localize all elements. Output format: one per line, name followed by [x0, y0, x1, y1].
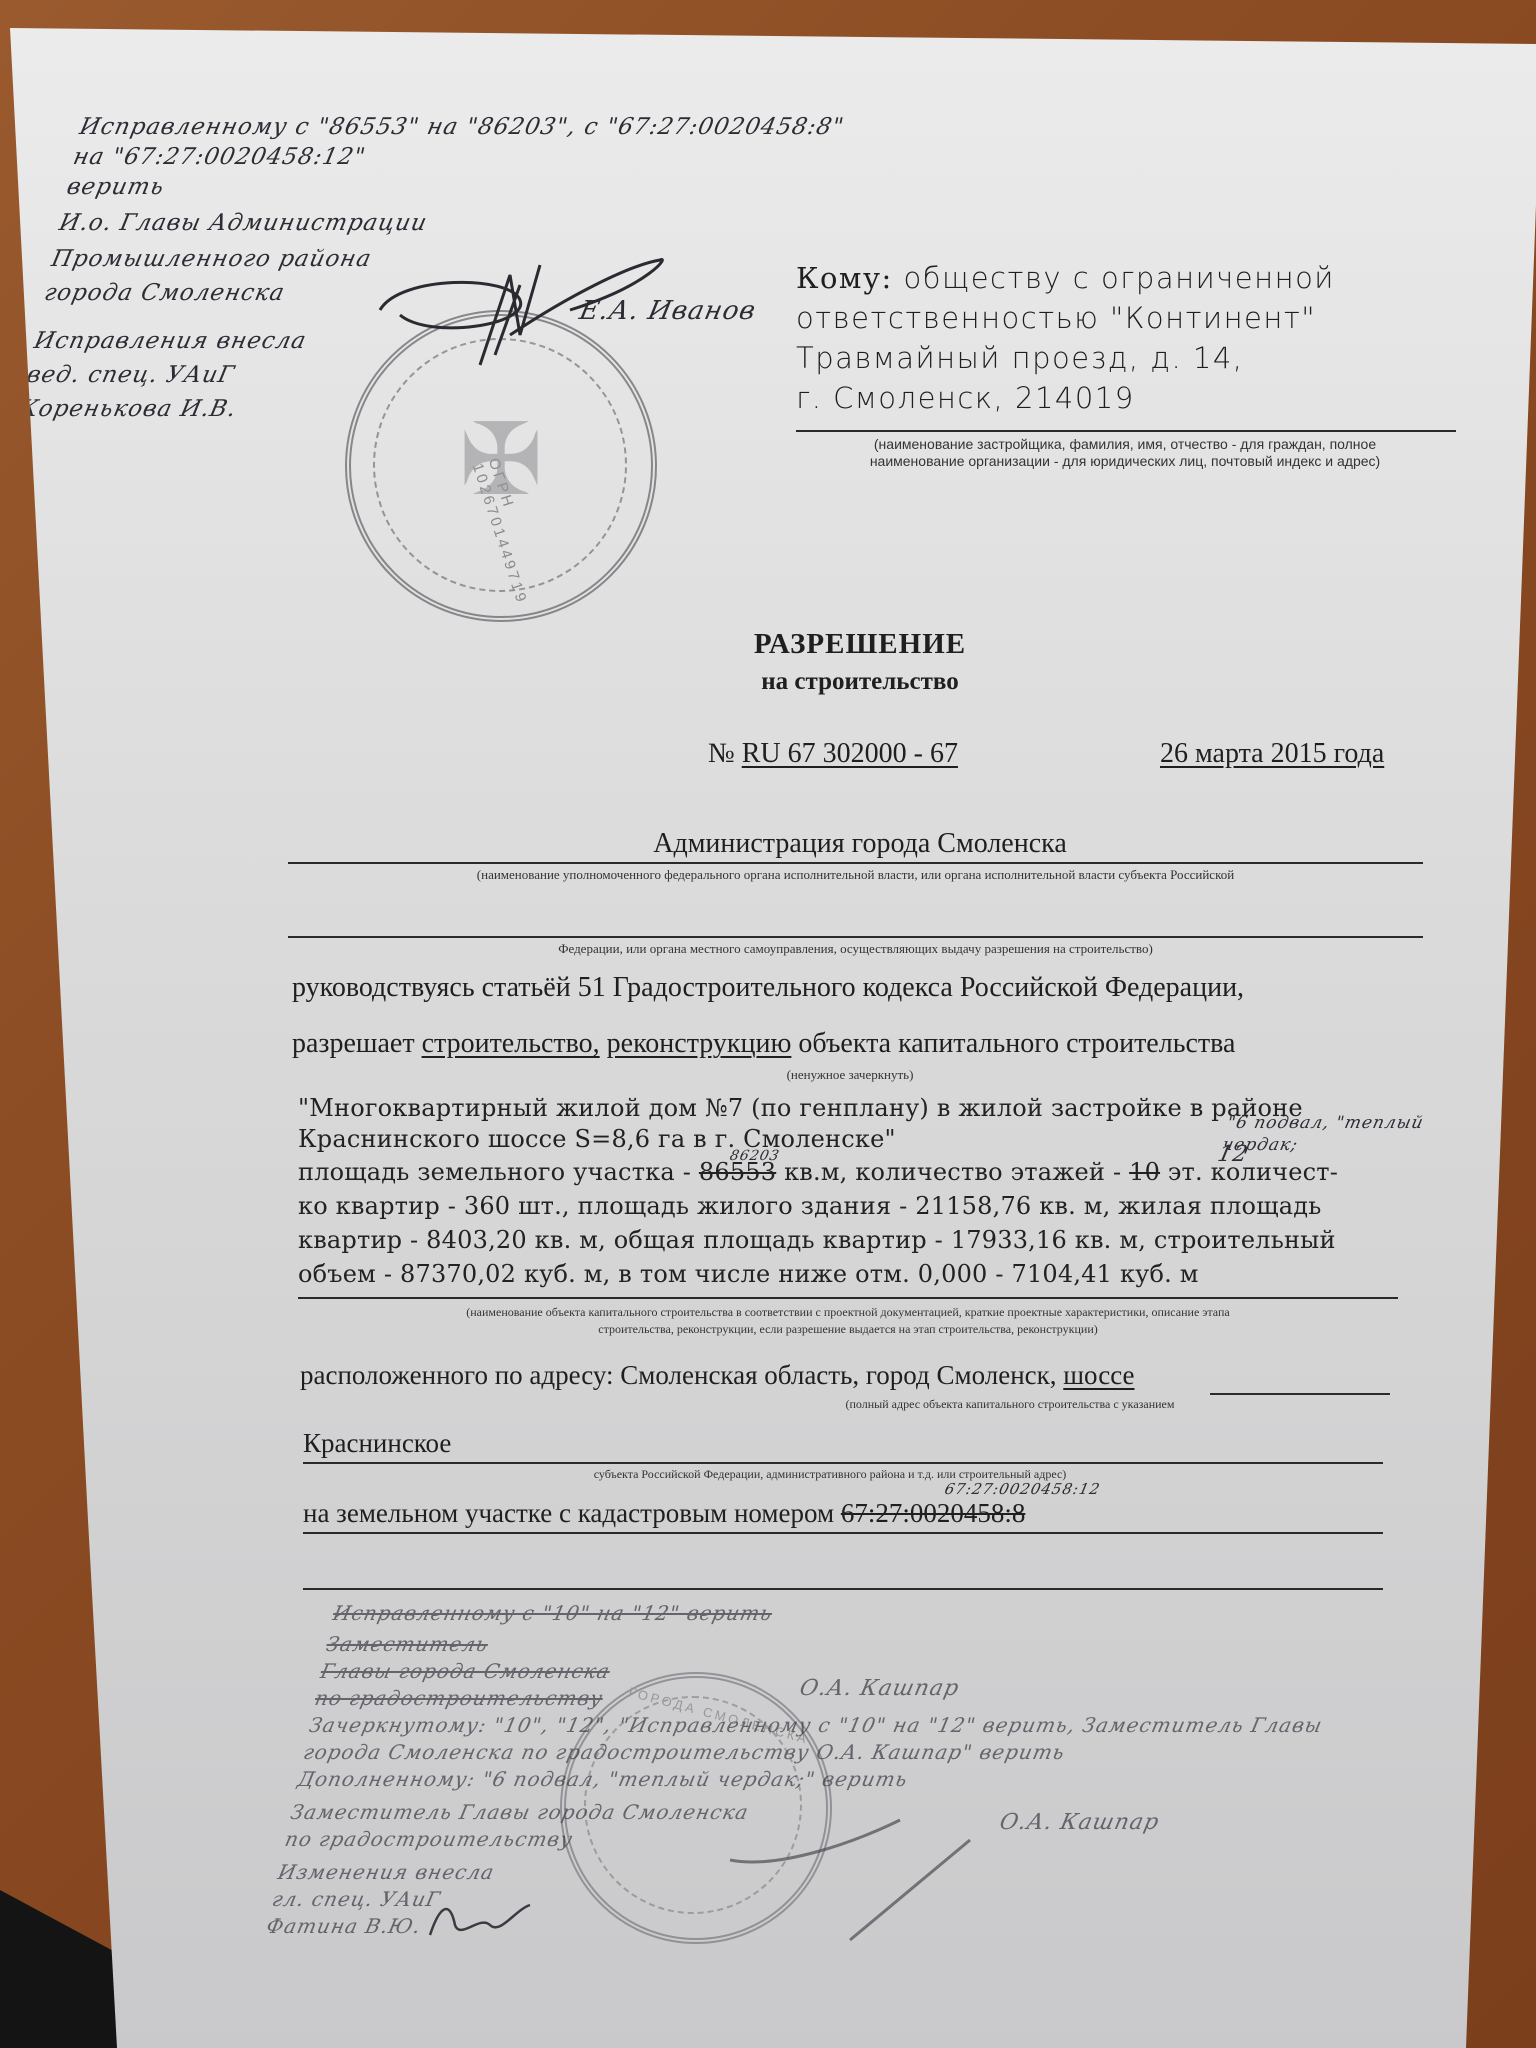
spec-rule [298, 1297, 1398, 1299]
signature-name-bottom-2: О.А. Кашпар [997, 1810, 1161, 1835]
cadastral-correction: 67:27:0020458:12 [943, 1480, 1102, 1498]
spec-caption: (наименование объекта капитального строи… [298, 1304, 1398, 1338]
caption-line: (наименование объекта капитального строи… [298, 1304, 1398, 1321]
handwritten-line: Дополненному: "6 подвал, "теплый чердак;… [295, 1766, 1401, 1793]
cadastral-struck: 67:27:0020458:8 [841, 1498, 1026, 1528]
spec-line-1: ко квартир - 360 шт., площадь жилого зда… [298, 1192, 1321, 1220]
permit-date: 26 марта 2015 года [1160, 738, 1384, 770]
address-rule-1 [1210, 1393, 1390, 1395]
signature-scribble-bottom [720, 1800, 1000, 1950]
blank-rule [303, 1588, 1383, 1590]
handwritten-line: Заместитель [324, 1631, 1430, 1658]
addressee-line: Травмайный проезд, д. 14, [796, 338, 1446, 378]
document-title: РАЗРЕШЕНИЕ [700, 628, 1020, 661]
area-mid: кв.м, количество этажей - [784, 1158, 1121, 1186]
caption-line: строительства, реконструкции, если разре… [298, 1321, 1398, 1338]
caption-line: наименование организации - для юридическ… [790, 453, 1460, 470]
floors-note: "6 подвал, "теплый чердак; [1220, 1112, 1479, 1156]
caption-line: (наименование застройщика, фамилия, имя,… [790, 436, 1460, 453]
addressee-line: Кому: обществу с ограниченной [796, 258, 1446, 298]
area-prefix: площадь земельного участка - [298, 1158, 691, 1186]
reconstruction-option-struck: реконструкцию [607, 1028, 792, 1059]
handwritten-line: на "67:27:0020458:12" [70, 142, 896, 172]
permit-number-value: RU 67 302000 - 67 [742, 738, 958, 769]
floors-struck: 10 [1129, 1158, 1160, 1186]
object-name-line-2: Краснинского шоссе S=8,6 га в г. Смоленс… [298, 1125, 896, 1153]
authority-rule-1 [288, 862, 1423, 864]
area-struck: 86553 [699, 1158, 776, 1186]
authority-name: Администрация города Смоленска [290, 828, 1430, 860]
addressee-line: г. Смоленск, 214019 [796, 378, 1446, 418]
number-sign: № [708, 738, 735, 769]
permits-prefix: разрешает [292, 1028, 415, 1059]
address-caption-2: субъекта Российской Федерации, администр… [430, 1466, 1230, 1483]
authority-caption-1: (наименование уполномоченного федерально… [288, 866, 1423, 883]
address-highway: шоссе [1063, 1360, 1134, 1390]
object-name-line-1: "Многоквартирный жилой дом №7 (по генпла… [298, 1094, 1303, 1122]
document-subtitle: на строительство [700, 668, 1020, 696]
addressee-org: обществу с ограниченной [904, 261, 1335, 295]
addressee-rule [796, 430, 1456, 432]
address-caption: (полный адрес объекта капитального строи… [750, 1396, 1270, 1413]
spec-line-2: квартир - 8403,20 кв. м, общая площадь к… [298, 1226, 1336, 1254]
address-prefix: расположенного по адресу: Смоленская обл… [300, 1360, 1057, 1390]
construction-option: строительство, [422, 1028, 600, 1059]
handwritten-line: верить [64, 172, 890, 202]
area-suffix: эт. количест- [1168, 1158, 1338, 1186]
body-legal-basis: руководствуясь статьёй 51 Градостроитель… [292, 972, 1244, 1004]
authority-caption-2: Федерации, или органа местного самоуправ… [288, 940, 1423, 957]
cadastral-line: на земельном участке с кадастровым номер… [303, 1498, 1025, 1529]
body-permits-line: разрешает строительство, реконструкцию о… [292, 1028, 1235, 1060]
area-line: площадь земельного участка - 86553 кв.м,… [298, 1158, 1338, 1186]
handwritten-line: Исправленному с "86553" на "86203", с "6… [77, 112, 903, 142]
permits-suffix: объекта капитального строительства [798, 1028, 1235, 1059]
signature-name-bottom-1: О.А. Кашпар [797, 1676, 961, 1701]
handwritten-line: города Смоленска по градостроительству О… [301, 1739, 1407, 1766]
handwritten-line: Исправленному с "10" на "12" верить [330, 1600, 1436, 1627]
signature-name-top: Е.А. Иванов [577, 296, 759, 326]
addressee-block: Кому: обществу с ограниченной ответствен… [796, 258, 1446, 418]
handwritten-line: И.о. Главы Администрации [56, 208, 882, 238]
address-line-2: Краснинское [303, 1428, 451, 1459]
addressee-caption: (наименование застройщика, фамилия, имя,… [790, 436, 1460, 470]
cadastral-prefix: на земельном участке с кадастровым номер… [303, 1498, 834, 1528]
address-line: расположенного по адресу: Смоленская обл… [300, 1360, 1135, 1391]
authority-rule-2 [288, 936, 1423, 938]
signature-scribble-small [420, 1895, 540, 1945]
permit-number: № RU 67 302000 - 67 [708, 738, 958, 770]
coat-of-arms-icon: ✠ [446, 396, 556, 526]
strike-caption: (ненужное зачеркнуть) [700, 1066, 1000, 1083]
handwritten-line: Зачеркнутому: "10", "12", "Исправленному… [307, 1712, 1413, 1739]
document-paper: Исправленному с "86553" на "86203", с "6… [0, 0, 1536, 2048]
addressee-line: ответственностью "Континент" [796, 298, 1446, 338]
address-rule-2 [303, 1462, 1383, 1464]
addressee-label: Кому: [796, 261, 893, 295]
cadastral-rule [303, 1532, 1383, 1534]
spec-line-3: объем - 87370,02 куб. м, в том числе ниж… [298, 1260, 1199, 1288]
